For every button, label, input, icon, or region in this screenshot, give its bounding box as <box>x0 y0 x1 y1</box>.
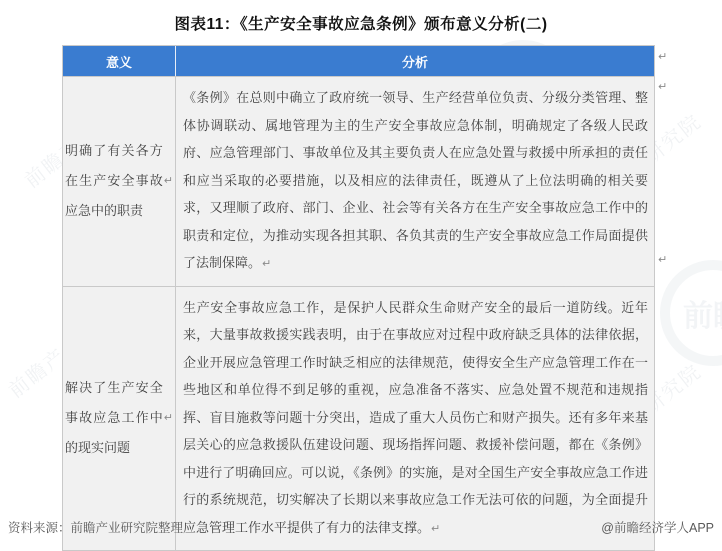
paragraph-mark-icon: ↵ <box>658 50 667 63</box>
paragraph-mark-icon: ↵ <box>658 253 667 266</box>
column-header-analysis: 分析 <box>176 46 654 76</box>
paragraph-mark-icon: ↵ <box>164 403 173 433</box>
significance-cell: 明确了有关各方在生产安全事故应急中的职责↵ <box>63 77 176 286</box>
table-row: 明确了有关各方在生产安全事故应急中的职责↵ 《条例》在总则中确立了政府统一领导、… <box>63 76 654 286</box>
analysis-text: 生产安全事故应急工作，是保护人民群众生命财产安全的最后一道防线。近年来，大量事故… <box>183 300 648 535</box>
significance-cell: 解决了生产安全事故应急工作中的现实问题↵ <box>63 287 176 551</box>
source-note: 资料来源：前瞻产业研究院整理 <box>8 518 183 536</box>
paragraph-mark-icon: ↵ <box>262 258 271 270</box>
document-page: 前瞻产业研究院 前瞻产业研究院 前瞻产业研究院 前瞻产业研究院 前瞻产业研究院 … <box>0 0 722 551</box>
paragraph-mark-icon: ↵ <box>658 80 667 93</box>
analysis-cell: 生产安全事故应急工作，是保护人民群众生命财产安全的最后一道防线。近年来，大量事故… <box>176 287 654 551</box>
paragraph-mark-icon: ↵ <box>431 523 440 535</box>
analysis-text: 《条例》在总则中确立了政府统一领导、生产经营单位负责、分级分类管理、整体协调联动… <box>183 90 648 270</box>
analysis-cell: 《条例》在总则中确立了政府统一领导、生产经营单位负责、分级分类管理、整体协调联动… <box>176 77 654 286</box>
figure-title: 图表11：《生产安全事故应急条例》颁布意义分析(二) <box>0 12 722 34</box>
column-header-significance: 意义 <box>63 46 176 76</box>
significance-text: 解决了生产安全事故应急工作中的现实问题 <box>65 373 163 463</box>
credit-note: @前瞻经济学人APP <box>601 518 714 536</box>
paragraph-mark-icon: ↵ <box>164 166 173 196</box>
table-header-row: 意义 分析 <box>63 46 654 76</box>
significance-text: 明确了有关各方在生产安全事故应急中的职责 <box>65 136 163 226</box>
table-row: 解决了生产安全事故应急工作中的现实问题↵ 生产安全事故应急工作，是保护人民群众生… <box>63 286 654 551</box>
analysis-table: 意义 分析 明确了有关各方在生产安全事故应急中的职责↵ 《条例》在总则中确立了政… <box>62 45 655 551</box>
watermark-logo-icon: 前瞻 <box>660 260 722 366</box>
